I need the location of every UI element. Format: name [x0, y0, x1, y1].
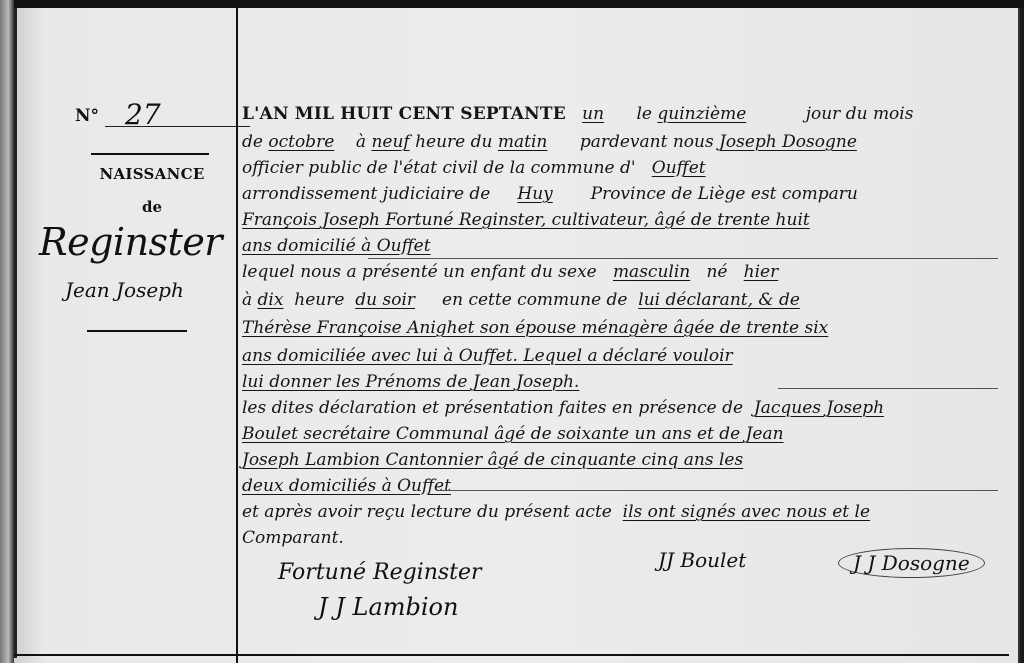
witness-1-fill: Jacques Joseph: [754, 398, 884, 418]
body-line-4: arrondissement judiciaire de Huy Provinc…: [242, 184, 1012, 210]
body-line-8: à dix heure du soir en cette commune de …: [242, 290, 1012, 316]
line-text: jour du mois: [806, 104, 914, 124]
line-text: à: [356, 132, 366, 152]
page-frame-right: [1018, 8, 1020, 663]
body-line-9: Thérèse Françoise Anighet son épouse mén…: [242, 318, 1012, 344]
hour-fill: neuf: [371, 132, 409, 152]
line-text: pardevant nous: [580, 132, 714, 152]
body-line-3: officier public de l'état civil de la co…: [242, 158, 1012, 184]
line-text: à: [242, 290, 252, 310]
line-text: le: [637, 104, 653, 124]
line-text: lequel nous a présenté un enfant du sexe: [242, 262, 597, 282]
body-line-14: Joseph Lambion Cantonnier âgé de cinquan…: [242, 450, 1012, 476]
printed-year-phrase: L'AN MIL HUIT CENT SEPTANTE: [242, 104, 566, 124]
margin-rule-bottom: [87, 330, 187, 332]
bottom-rule: [14, 654, 1009, 656]
signature-witness-boulet: JJ Boulet: [658, 548, 746, 572]
line-text: en cette commune de: [442, 290, 627, 310]
officer-name-fill: Joseph Dosogne: [719, 132, 857, 152]
month-fill: octobre: [268, 132, 334, 152]
signature-officer-dosogne: J J Dosogne: [838, 548, 985, 578]
child-given-names: Jean Joseph: [65, 278, 245, 302]
margin-rule: [91, 153, 209, 155]
body-line-10: ans domiciliée avec lui à Ouffet. Lequel…: [242, 346, 1012, 372]
given-names-fill: lui donner les Prénoms de Jean Joseph.: [242, 372, 579, 392]
line-text: heure: [294, 290, 344, 310]
body-line-11: lui donner les Prénoms de Jean Joseph.: [242, 372, 1012, 398]
birth-time-fill: du soir: [355, 290, 415, 310]
time-of-day-fill: matin: [498, 132, 547, 152]
witness-residence-fill: deux domiciliés à Ouffet: [242, 476, 451, 496]
sex-fill: masculin: [613, 262, 690, 282]
witness-1-details-fill: Boulet secrétaire Communal âgé de soixan…: [242, 424, 784, 444]
day-fill: quinzième: [657, 104, 746, 124]
line-text: arrondissement judiciaire de: [242, 184, 490, 204]
record-body: L'AN MIL HUIT CENT SEPTANTE un le quinzi…: [238, 8, 1018, 654]
signature-declarant: Fortuné Reginster: [278, 560, 482, 585]
parent-fill: lui déclarant, & de: [638, 290, 800, 310]
section-title: NAISSANCE: [77, 165, 227, 183]
body-line-12: les dites déclaration et présentation fa…: [242, 398, 1012, 424]
comparant-text: Comparant.: [242, 528, 344, 548]
line-text: né: [706, 262, 727, 282]
birth-hour-fill: dix: [258, 290, 284, 310]
body-line-5: François Joseph Fortuné Reginster, culti…: [242, 210, 1012, 236]
birth-day-fill: hier: [744, 262, 779, 282]
margin-column: N° 27 NAISSANCE de Reginster Jean Joseph: [17, 8, 236, 654]
section-de: de: [77, 198, 227, 216]
declarant-residence-fill: ans domicilié à Ouffet: [242, 236, 431, 256]
body-line-7: lequel nous a présenté un enfant du sexe…: [242, 262, 1012, 288]
commune-fill: Ouffet: [652, 158, 706, 178]
filler-rule: [438, 490, 998, 491]
body-line-1: L'AN MIL HUIT CENT SEPTANTE un le quinzi…: [242, 104, 1012, 130]
number-value: 27: [125, 98, 161, 131]
child-surname: Reginster: [39, 220, 249, 264]
district-fill: Huy: [517, 184, 552, 204]
body-line-2: de octobre à neuf heure du matin pardeva…: [242, 132, 1012, 158]
line-text: heure du: [415, 132, 492, 152]
year-fill: un: [582, 104, 604, 124]
filler-rule: [368, 258, 998, 259]
body-line-16: et après avoir reçu lecture du présent a…: [242, 502, 1012, 528]
declarant-fill: François Joseph Fortuné Reginster, culti…: [242, 210, 810, 230]
signing-fill: ils ont signés avec nous et le: [623, 502, 870, 522]
line-text: de: [242, 132, 263, 152]
mother-fill: Thérèse Françoise Anighet son épouse mén…: [242, 318, 828, 338]
witness-2-fill: Joseph Lambion Cantonnier âgé de cinquan…: [242, 450, 743, 470]
number-label: N°: [75, 106, 99, 126]
record-number: N° 27: [75, 106, 245, 136]
line-text: les dites déclaration et présentation fa…: [242, 398, 743, 418]
line-text: officier public de l'état civil de la co…: [242, 158, 636, 178]
line-text: Province de Liège est comparu: [591, 184, 858, 204]
line-text: et après avoir reçu lecture du présent a…: [242, 502, 612, 522]
body-line-15: deux domiciliés à Ouffet: [242, 476, 1012, 502]
mother-residence-fill: ans domiciliée avec lui à Ouffet. Lequel…: [242, 346, 733, 366]
scan-left-edge: [0, 0, 14, 663]
body-line-13: Boulet secrétaire Communal âgé de soixan…: [242, 424, 1012, 450]
signature-witness-lambion: J J Lambion: [318, 593, 458, 621]
filler-rule: [778, 388, 998, 389]
